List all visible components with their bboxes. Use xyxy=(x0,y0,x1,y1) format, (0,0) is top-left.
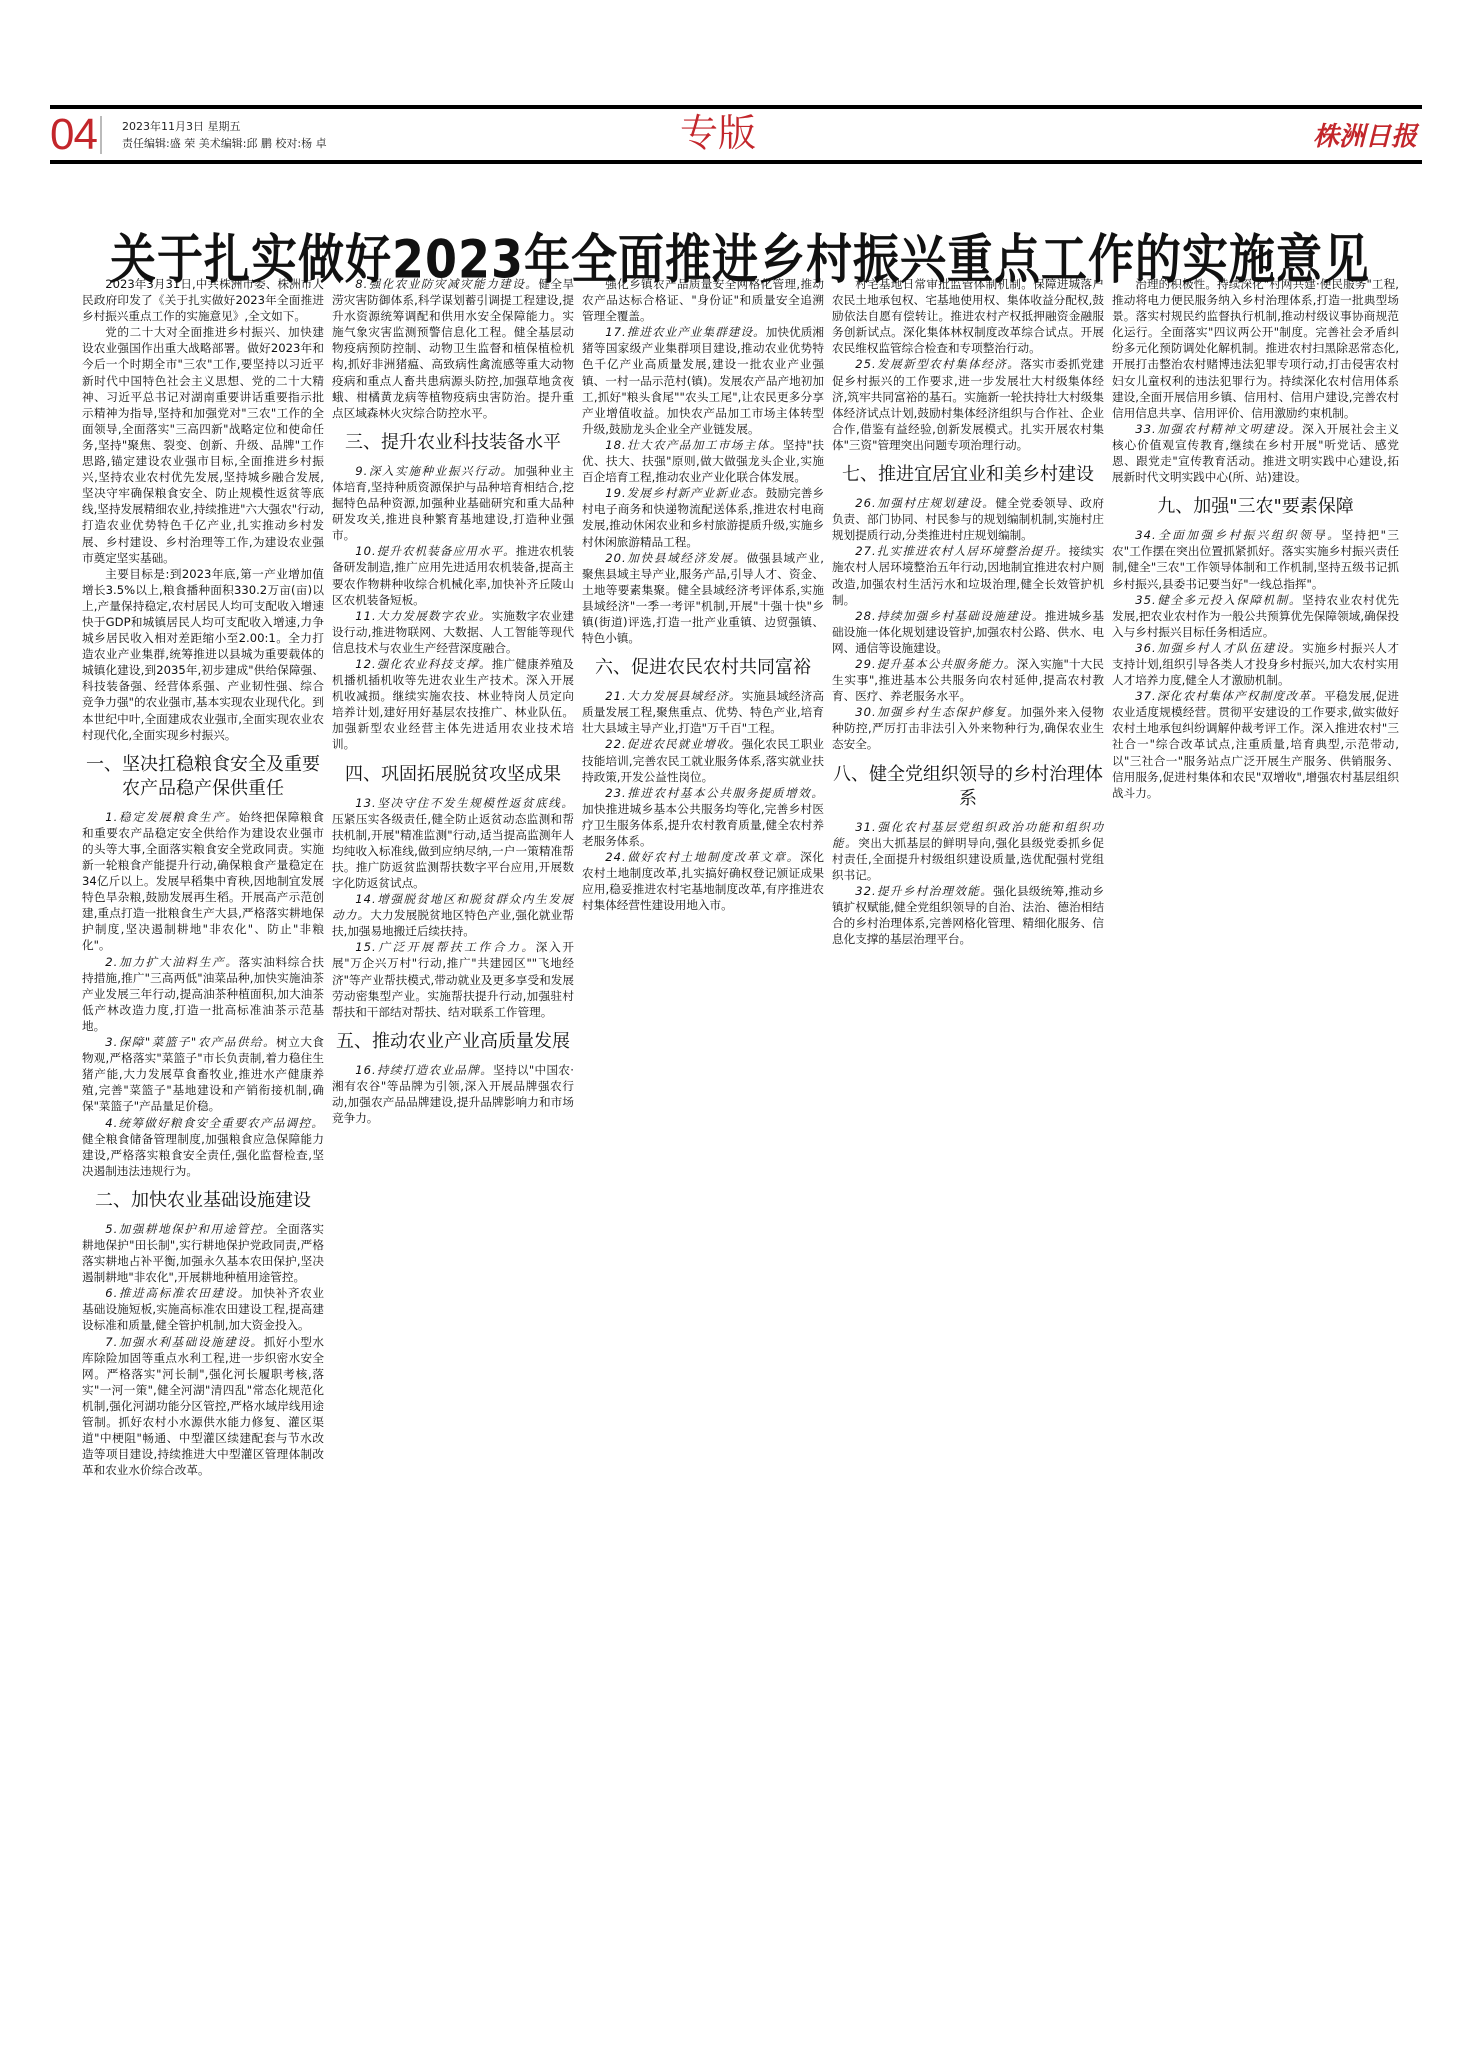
section-heading: 四、巩固拓展脱贫攻坚成果 xyxy=(332,763,574,787)
paragraph: 32.提升乡村治理效能。强化县级统筹,推动乡镇扩权赋能,健全党组织领导的自治、法… xyxy=(832,883,1104,947)
item-subheading: 10.提升农机装备应用水平。 xyxy=(355,544,516,558)
article-column-4: 村宅基地日常审批监管体制机制。保障进城落户农民土地承包权、宅基地使用权、集体收益… xyxy=(832,276,1112,2036)
paragraph: 2023年3月31日,中共株洲市委、株洲市人民政府印发了《关于扎实做好2023年… xyxy=(82,276,324,324)
item-subheading: 13.坚决守住不发生规模性返贫底线。 xyxy=(355,796,574,810)
paragraph: 24.做好农村土地制度改革文章。深化农村土地制度改革,扎实搞好确权登记颁证成果应… xyxy=(582,849,824,913)
paragraph: 25.发展新型农村集体经济。落实市委抓党建促乡村振兴的工作要求,进一步发展壮大村… xyxy=(832,356,1104,453)
paragraph-text: 落实市委抓党建促乡村振兴的工作要求,进一步发展壮大村级集体经济,筑牢共同富裕的基… xyxy=(832,357,1104,451)
item-subheading: 11.大力发展数字农业。 xyxy=(355,609,492,623)
paragraph-text: 强化乡镇农产品质量安全网格化管理,推动农产品达标合格证、"身份证"和质量安全追溯… xyxy=(582,277,824,323)
item-subheading: 18.壮大农产品加工市场主体。 xyxy=(605,438,783,452)
article-column-3: 强化乡镇农产品质量安全网格化管理,推动农产品达标合格证、"身份证"和质量安全追溯… xyxy=(582,276,832,2036)
item-subheading: 6.推进高标准农田建设。 xyxy=(105,1286,251,1300)
paragraph: 14.增强脱贫地区和脱贫群众内生发展动力。大力发展脱贫地区特色产业,强化就业帮扶… xyxy=(332,891,574,939)
item-subheading: 22.促进农民就业增收。 xyxy=(605,737,742,751)
paragraph: 18.壮大农产品加工市场主体。坚持"扶优、扶大、扶强"原则,做大做强龙头企业,实… xyxy=(582,437,824,485)
item-subheading: 5.加强耕地保护和用途管控。 xyxy=(105,1222,276,1236)
header-separator xyxy=(100,116,102,154)
paragraph: 2.加力扩大油料生产。落实油料综合扶持措施,推广"三高两低"油菜品种,加快实施油… xyxy=(82,954,324,1034)
paragraph-text: 2023年3月31日,中共株洲市委、株洲市人民政府印发了《关于扎实做好2023年… xyxy=(82,277,324,323)
paragraph: 28.持续加强乡村基础设施建设。推进城乡基础设施一体化规划建设管护,加强农村公路… xyxy=(832,608,1104,656)
paragraph: 9.深入实施种业振兴行动。加强种业主体培育,坚持种质资源保护与品种培育相结合,挖… xyxy=(332,463,574,543)
item-subheading: 33.加强农村精神文明建设。 xyxy=(1135,422,1302,436)
item-subheading: 3.保障"菜篮子"农产品供给。 xyxy=(105,1035,276,1049)
paragraph: 26.加强村庄规划建设。健全党委领导、政府负责、部门协同、村民参与的规划编制机制… xyxy=(832,495,1104,543)
paragraph-text: 始终把保障粮食和重要农产品稳定安全供给作为建设农业强市的头等大事,全面落实粮食安… xyxy=(82,810,324,953)
paragraph-text: 主要目标是:到2023年底,第一产业增加值增长3.5%以上,粮食播种面积330.… xyxy=(82,567,324,742)
paragraph: 34.全面加强乡村振兴组织领导。坚持把"三农"工作摆在突出位置抓紧抓好。落实实施… xyxy=(1112,527,1399,591)
item-subheading: 17.推进农业产业集群建设。 xyxy=(605,325,766,339)
item-subheading: 26.加强村庄规划建设。 xyxy=(855,496,995,510)
item-subheading: 36.加强乡村人才队伍建设。 xyxy=(1135,641,1302,655)
paragraph: 5.加强耕地保护和用途管控。全面落实耕地保护"田长制",实行耕地保护党政同责,严… xyxy=(82,1221,324,1285)
paragraph: 党的二十大对全面推进乡村振兴、加快建设农业强国作出重大战略部署。做好2023年和… xyxy=(82,324,324,565)
paragraph: 22.促进农民就业增收。强化农民工职业技能培训,完善农民工就业服务体系,落实就业… xyxy=(582,736,824,784)
item-subheading: 4.统筹做好粮食安全重要农产品调控。 xyxy=(105,1116,324,1130)
paragraph: 8.强化农业防灾减灾能力建设。健全旱涝灾害防御体系,科学谋划蓄引调提工程建设,提… xyxy=(332,276,574,421)
paragraph-text: 突出大抓基层的鲜明导向,强化县级党委抓乡促村责任,全面提升村级组织建设质量,选优… xyxy=(832,836,1104,882)
paragraph: 21.大力发展县域经济。实施县域经济高质量发展工程,聚焦重点、优势、特色产业,培… xyxy=(582,688,824,736)
paragraph-text: 党的二十大对全面推进乡村振兴、加快建设农业强国作出重大战略部署。做好2023年和… xyxy=(82,325,324,564)
article-column-5: 治理的积极性。持续深化"村网共建·便民服务"工程,推动将电力便民服务纳入乡村治理… xyxy=(1112,276,1407,2036)
item-subheading: 24.做好农村土地制度改革文章。 xyxy=(605,850,800,864)
item-subheading: 35.健全多元投入保障机制。 xyxy=(1135,593,1302,607)
paragraph: 17.推进农业产业集群建设。加快优质湘猪等国家级产业集群项目建设,推动农业优势特… xyxy=(582,324,824,437)
paragraph: 15.广泛开展帮扶工作合力。深入开展"万企兴万村"行动,推广"共建园区""飞地经… xyxy=(332,939,574,1019)
item-subheading: 2.加力扩大油料生产。 xyxy=(105,955,238,969)
item-subheading: 21.大力发展县域经济。 xyxy=(605,689,742,703)
paragraph-text: 平稳发展,促进农业适度规模经营。贯彻平安建设的工作要求,做实做好农村土地承包纠纷… xyxy=(1112,689,1399,800)
paragraph: 强化乡镇农产品质量安全网格化管理,推动农产品达标合格证、"身份证"和质量安全追溯… xyxy=(582,276,824,324)
item-subheading: 23.推进农村基本公共服务提质增效。 xyxy=(605,786,824,800)
paragraph-text: 治理的积极性。持续深化"村网共建·便民服务"工程,推动将电力便民服务纳入乡村治理… xyxy=(1112,277,1399,420)
paragraph-text: 加快推进城乡基本公共服务均等化,完善乡村医疗卫生服务体系,提升农村教育质量,健全… xyxy=(582,802,824,848)
item-subheading: 32.提升乡村治理效能。 xyxy=(855,884,993,898)
page-number: 04 xyxy=(50,112,97,158)
paragraph: 6.推进高标准农田建设。加快补齐农业基础设施短板,实施高标准农田建设工程,提高建… xyxy=(82,1285,324,1333)
paragraph: 11.大力发展数字农业。实施数字农业建设行动,推进物联网、大数据、人工智能等现代… xyxy=(332,608,574,656)
item-subheading: 27.扎实推进农村人居环境整治提升。 xyxy=(855,544,1069,558)
section-heading: 九、加强"三农"要素保障 xyxy=(1112,495,1399,519)
paragraph: 31.强化农村基层党组织政治功能和组织功能。突出大抓基层的鲜明导向,强化县级党委… xyxy=(832,819,1104,883)
paragraph: 23.推进农村基本公共服务提质增效。加快推进城乡基本公共服务均等化,完善乡村医疗… xyxy=(582,785,824,849)
header-bottom-rule xyxy=(50,160,1422,164)
item-subheading: 7.加强水利基础设施建设。 xyxy=(105,1335,264,1349)
paragraph-text: 村宅基地日常审批监管体制机制。保障进城落户农民土地承包权、宅基地使用权、集体收益… xyxy=(832,277,1104,355)
paragraph: 33.加强农村精神文明建设。深入开展社会主义核心价值观宣传教育,继续在乡村开展"… xyxy=(1112,421,1399,485)
item-subheading: 16.持续打造农业品牌。 xyxy=(355,1063,493,1077)
paragraph: 3.保障"菜篮子"农产品供给。树立大食物观,严格落实"菜篮子"市长负责制,着力稳… xyxy=(82,1034,324,1114)
item-subheading: 30.加强乡村生态保护修复。 xyxy=(855,705,1020,719)
paragraph: 16.持续打造农业品牌。坚持以"中国农·湘有农谷"等品牌为引领,深入开展品牌强农… xyxy=(332,1062,574,1126)
paragraph: 19.发展乡村新产业新业态。鼓励完善乡村电子商务和快递物流配送体系,推进农村电商… xyxy=(582,485,824,549)
item-subheading: 29.提升基本公共服务能力。 xyxy=(855,657,1016,671)
paragraph-text: 推广健康养殖及机播机插机收等先进农业生产技术。深入开展机收减损。继续实施农技、林… xyxy=(332,657,574,751)
section-heading: 八、健全党组织领导的乡村治理体系 xyxy=(832,763,1104,811)
paragraph: 7.加强水利基础设施建设。抓好小型水库除险加固等重点水利工程,进一步织密水安全网… xyxy=(82,1334,324,1479)
newspaper-masthead: 株洲日报 xyxy=(1313,116,1417,153)
paragraph: 12.强化农业科技支撑。推广健康养殖及机播机插机收等先进农业生产技术。深入开展机… xyxy=(332,656,574,753)
paragraph: 36.加强乡村人才队伍建设。实施乡村振兴人才支持计划,组织引导各类人才投身乡村振… xyxy=(1112,640,1399,688)
editor-credits: 责任编辑:盛 荣 美术编辑:邱 鹏 校对:杨 卓 xyxy=(122,135,327,152)
item-subheading: 34.全面加强乡村振兴组织领导。 xyxy=(1135,528,1341,542)
paragraph: 10.提升农机装备应用水平。推进农机装备研发制造,推广应用先进适用农机装备,提高… xyxy=(332,543,574,607)
item-subheading: 25.发展新型农村集体经济。 xyxy=(855,357,1020,371)
paragraph: 27.扎实推进农村人居环境整治提升。接续实施农村人居环境整治五年行动,因地制宜推… xyxy=(832,543,1104,607)
paragraph-text: 抓好小型水库除险加固等重点水利工程,进一步织密水安全网。严格落实"河长制",强化… xyxy=(82,1335,324,1478)
paragraph-text: 压紧压实各级责任,健全防止返贫动态监测和帮扶机制,开展"精准监测"行动,适当提高… xyxy=(332,812,574,890)
paragraph: 37.深化农村集体产权制度改革。平稳发展,促进农业适度规模经营。贯彻平安建设的工… xyxy=(1112,688,1399,801)
item-subheading: 15.广泛开展帮扶工作合力。 xyxy=(355,940,536,954)
article-column-2: 8.强化农业防灾减灾能力建设。健全旱涝灾害防御体系,科学谋划蓄引调提工程建设,提… xyxy=(332,276,582,2036)
paragraph: 13.坚决守住不发生规模性返贫底线。压紧压实各级责任,健全防止返贫动态监测和帮扶… xyxy=(332,795,574,892)
section-heading: 六、促进农民农村共同富裕 xyxy=(582,656,824,680)
paragraph-text: 加快优质湘猪等国家级产业集群项目建设,推动农业优势特色千亿产业高质量发展,建设一… xyxy=(582,325,824,436)
paragraph-text: 健全粮食储备管理制度,加强粮食应急保障能力建设,严格落实粮食安全责任,强化监督检… xyxy=(82,1132,324,1178)
article-column-1: 2023年3月31日,中共株洲市委、株洲市人民政府印发了《关于扎实做好2023年… xyxy=(82,276,332,2036)
section-heading: 一、坚决扛稳粮食安全及重要农产品稳产保供重任 xyxy=(82,753,324,801)
paragraph: 35.健全多元投入保障机制。坚持农业农村优先发展,把农业农村作为一般公共预算优先… xyxy=(1112,592,1399,640)
item-subheading: 37.深化农村集体产权制度改革。 xyxy=(1135,689,1324,703)
header-top-rule xyxy=(50,105,1422,109)
header-meta: 2023年11月3日 星期五 责任编辑:盛 荣 美术编辑:邱 鹏 校对:杨 卓 xyxy=(122,118,327,152)
item-subheading: 19.发展乡村新产业新业态。 xyxy=(605,486,766,500)
paragraph: 村宅基地日常审批监管体制机制。保障进城落户农民土地承包权、宅基地使用权、集体收益… xyxy=(832,276,1104,356)
paragraph: 主要目标是:到2023年底,第一产业增加值增长3.5%以上,粮食播种面积330.… xyxy=(82,566,324,743)
section-heading: 三、提升农业科技装备水平 xyxy=(332,431,574,455)
section-heading: 五、推动农业产业高质量发展 xyxy=(332,1030,574,1054)
item-subheading: 20.加快县域经济发展。 xyxy=(605,551,747,565)
article-body: 2023年3月31日,中共株洲市委、株洲市人民政府印发了《关于扎实做好2023年… xyxy=(82,276,1407,2036)
paragraph: 治理的积极性。持续深化"村网共建·便民服务"工程,推动将电力便民服务纳入乡村治理… xyxy=(1112,276,1399,421)
section-heading: 七、推进宜居宜业和美乡村建设 xyxy=(832,463,1104,487)
issue-date: 2023年11月3日 星期五 xyxy=(122,118,327,135)
item-subheading: 12.强化农业科技支撑。 xyxy=(355,657,492,671)
item-subheading: 28.持续加强乡村基础设施建设。 xyxy=(855,609,1045,623)
paragraph-text: 健全旱涝灾害防御体系,科学谋划蓄引调提工程建设,提升水资源统筹调配和供用水安全保… xyxy=(332,277,574,420)
paragraph: 20.加快县域经济发展。做强县域产业,聚焦县域主导产业,服务产品,引导人才、资金… xyxy=(582,550,824,647)
paragraph: 1.稳定发展粮食生产。始终把保障粮食和重要农产品稳定安全供给作为建设农业强市的头… xyxy=(82,809,324,954)
item-subheading: 9.深入实施种业振兴行动。 xyxy=(355,464,514,478)
paragraph: 30.加强乡村生态保护修复。加强外来入侵物种防控,严厉打击非法引入外来物种行为,… xyxy=(832,704,1104,752)
section-heading: 二、加快农业基础设施建设 xyxy=(82,1189,324,1213)
item-subheading: 8.强化农业防灾减灾能力建设。 xyxy=(355,277,538,291)
paragraph: 29.提升基本公共服务能力。深入实施"十大民生实事",推进基本公共服务向农村延伸… xyxy=(832,656,1104,704)
section-label: 专版 xyxy=(680,110,756,156)
item-subheading: 1.稳定发展粮食生产。 xyxy=(105,810,238,824)
paragraph: 4.统筹做好粮食安全重要农产品调控。健全粮食储备管理制度,加强粮食应急保障能力建… xyxy=(82,1115,324,1179)
